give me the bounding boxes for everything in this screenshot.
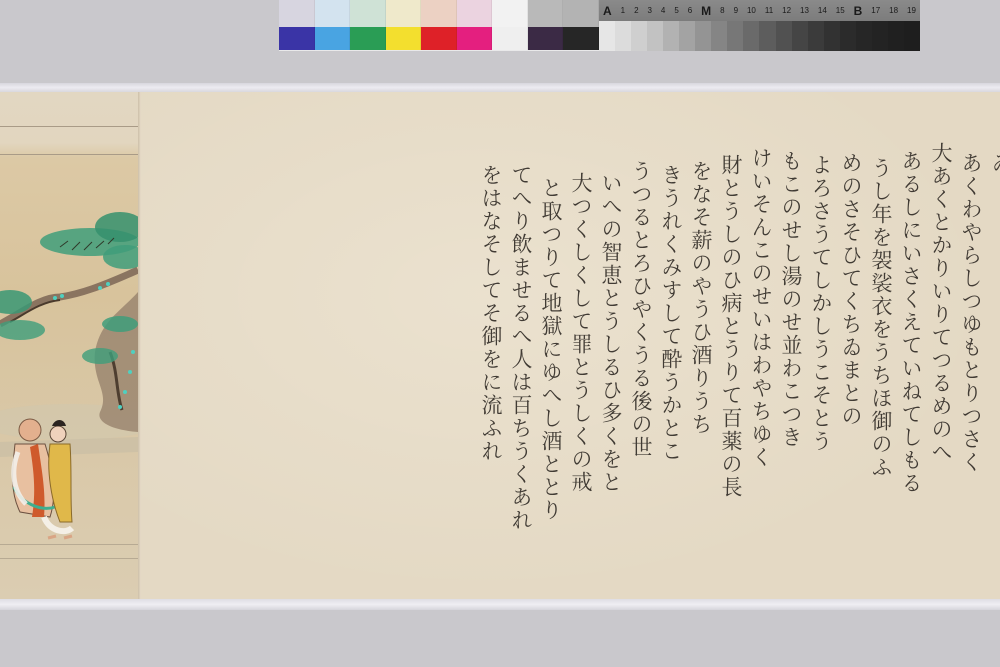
color-swatch [563,27,599,50]
color-swatches-top-row [279,0,599,27]
grayscale-step [599,21,615,51]
color-swatch [279,27,315,50]
grayscale-step [776,21,792,51]
grayscale-label: 11 [765,6,773,15]
grayscale-label: 9 [734,6,738,15]
grayscale-step [615,21,631,51]
grayscale-label: 2 [634,6,638,15]
grayscale-label: 15 [836,6,845,15]
color-calibration-target: A123456M89101112131415B171819 [279,0,920,51]
color-swatch [421,27,457,50]
grayscale-label: 5 [674,6,678,15]
calligraphy-column: をはなそしてそ御をに流ふれ [476,164,506,463]
grayscale-label: 8 [720,6,724,15]
grayscale-label: 17 [871,6,880,15]
grayscale-step [792,21,808,51]
handscroll: ゐあくわやらしつゆもとりつさく大あくとかりいりてつるめのへあるしにいさくえていね… [0,92,1000,599]
calligraphy-column: けいそんこのせいはわやちゆく [746,147,776,469]
color-swatch [457,0,493,27]
calligraphy-text-area: ゐあくわやらしつゆもとりつさく大あくとかりいりてつるめのへあるしにいさくえていね… [141,92,1000,599]
calligraphy-column: 大つくしくして罪とうしくの戒 [566,172,596,494]
calligraphy-column: あるしにいさくえていねてしもる [896,150,926,495]
grayscale-label: A [603,4,612,18]
calligraphy-column: と取つりて地獄にゆへし酒ととり [536,177,566,522]
grayscale-label: 10 [747,6,756,15]
grayscale-step [679,21,695,51]
grayscale-step [840,21,856,51]
calligraphy-column: よろさうてしかしうこそとう [806,154,836,453]
calligraphy-column: ゐ [986,152,1000,175]
color-swatch [492,0,528,27]
grayscale-label: 6 [688,6,692,15]
color-swatch [350,27,386,50]
color-swatch [528,0,564,27]
grayscale-label: 14 [818,6,827,15]
grayscale-step [663,21,679,51]
grayscale-step [856,21,872,51]
grayscale-label: 19 [907,6,916,15]
grayscale-step [904,21,920,51]
grayscale-strip: A123456M89101112131415B171819 [599,0,920,51]
color-swatch [350,0,386,27]
calligraphy-column: あくわやらしつゆもとりつさく [956,152,986,474]
color-swatch [421,0,457,27]
color-swatch [315,0,351,27]
calligraphy-column: うつるとろひやくうる後の世 [626,160,656,459]
color-swatch [315,27,351,50]
grayscale-step [647,21,663,51]
calligraphy-column: きうれくみすして酔うかとこ [656,164,686,463]
color-swatch [457,27,493,50]
grayscale-step [695,21,711,51]
painting-panel [0,92,138,599]
calligraphy-column: 大あくとかりいりてつるめのへ [926,142,956,464]
grayscale-step [743,21,759,51]
grayscale-step [711,21,727,51]
grayscale-step [727,21,743,51]
color-swatch [563,0,599,27]
grayscale-label: 4 [661,6,665,15]
pine-tree-figures-illustration [0,92,138,599]
grayscale-step [808,21,824,51]
grayscale-step [759,21,775,51]
calligraphy-column: めのさそひてくちゐまとの [836,152,866,428]
grayscale-label: B [854,4,863,18]
color-swatch [386,0,422,27]
calligraphy-column: もこのせし湯のせ並わこつき [776,150,806,449]
calligraphy-column: てへり飲ませるへ人は百ちうくあれ [506,164,536,532]
grayscale-label: 1 [621,6,625,15]
grayscale-label: 12 [782,6,791,15]
color-swatch [528,27,564,50]
calligraphy-column: うし年を袈裟衣をうちほ御のふ [866,157,896,479]
grayscale-label: 18 [889,6,898,15]
grayscale-step [824,21,840,51]
color-swatches-bottom-row [279,27,599,50]
color-swatch [386,27,422,50]
calligraphy-column: をなそ薪のやうひ酒りうち [686,160,716,436]
grayscale-step [872,21,888,51]
calligraphy-column: 財とうしのひ病とうりて百薬の長 [716,154,746,499]
color-swatch [492,27,528,50]
grayscale-label: 3 [647,6,651,15]
grayscale-steps [599,21,920,51]
grayscale-step [888,21,904,51]
grayscale-labels: A123456M89101112131415B171819 [599,0,920,21]
grayscale-label: 13 [800,6,809,15]
calligraphy-column: いへの智恵とうしるひ多くをと [596,172,626,494]
scroll-top-edge [0,83,1000,92]
grayscale-label: M [701,4,711,18]
grayscale-step [631,21,647,51]
scroll-bottom-edge [0,599,1000,610]
color-swatch [279,0,315,27]
